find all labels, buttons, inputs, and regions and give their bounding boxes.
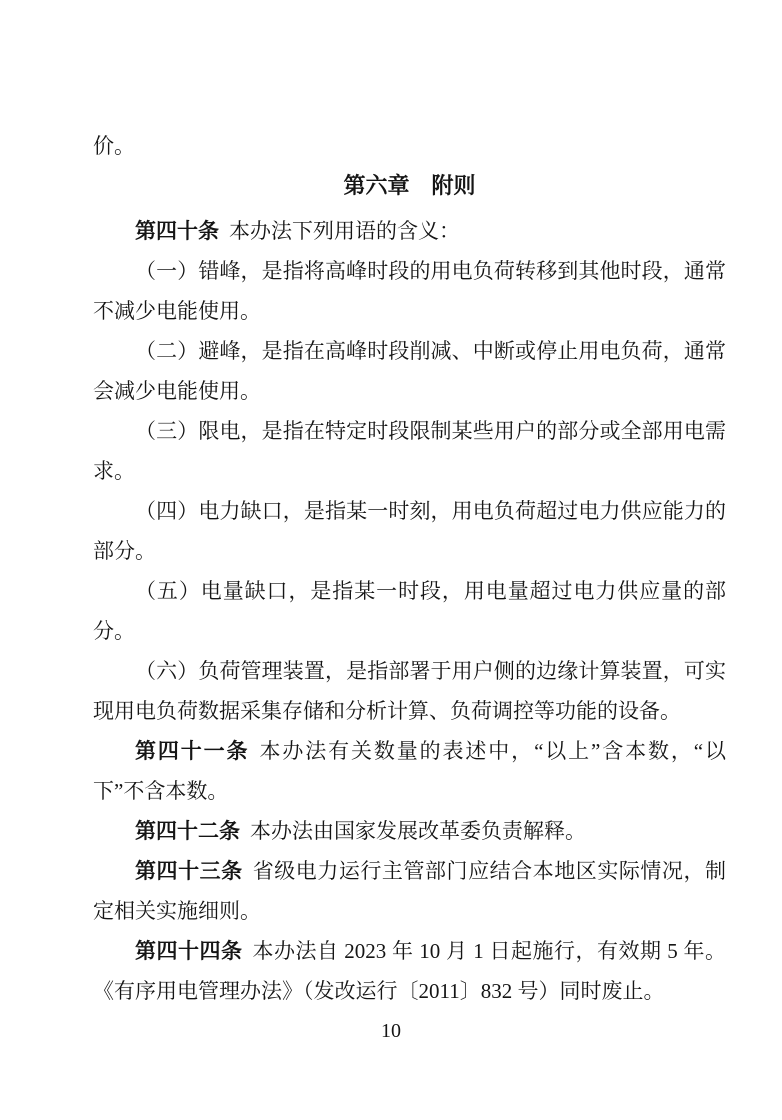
definition-item: （二）避峰，是指在高峰时段削减、中断或停止用电负荷，通常会减少电能使用。: [93, 331, 726, 411]
definition-text: （二）避峰，是指在高峰时段削减、中断或停止用电负荷，通常会减少电能使用。: [93, 339, 726, 403]
article-paragraph: 第四十二条本办法由国家发展改革委负责解释。: [93, 811, 726, 851]
definition-text: （三）限电，是指在特定时段限制某些用户的部分或全部用电需求。: [93, 419, 726, 483]
article-paragraph: 第四十一条本办法有关数量的表述中，“以上”含本数，“以下”不含本数。: [93, 731, 726, 811]
definition-item: （三）限电，是指在特定时段限制某些用户的部分或全部用电需求。: [93, 411, 726, 491]
article-number: 第四十三条: [135, 859, 243, 883]
article-number: 第四十一条: [135, 739, 249, 763]
document-page: 价。 第六章 附则 第四十条本办法下列用语的含义： （一）错峰，是指将高峰时段的…: [0, 0, 782, 1120]
definition-text: （四）电力缺口，是指某一时刻，用电负荷超过电力供应能力的部分。: [93, 499, 726, 563]
definition-text: （六）负荷管理装置，是指部署于用户侧的边缘计算装置，可实现用电负荷数据采集存储和…: [93, 659, 726, 723]
continuation-line: 价。: [93, 126, 726, 166]
definition-item: （五）电量缺口，是指某一时段，用电量超过电力供应量的部分。: [93, 571, 726, 651]
definition-item: （四）电力缺口，是指某一时刻，用电负荷超过电力供应能力的部分。: [93, 491, 726, 571]
article-number: 第四十二条: [135, 819, 240, 843]
definition-item: （六）负荷管理装置，是指部署于用户侧的边缘计算装置，可实现用电负荷数据采集存储和…: [93, 651, 726, 731]
article-text: 本办法由国家发展改革委负责解释。: [250, 819, 586, 843]
article-text: 本办法下列用语的含义：: [229, 219, 460, 243]
page-number: 10: [0, 1016, 782, 1046]
chapter-heading: 第六章 附则: [93, 166, 726, 206]
article-paragraph: 第四十四条本办法自 2023 年 10 月 1 日起施行，有效期 5 年。《有序…: [93, 931, 726, 1011]
article-number: 第四十四条: [135, 939, 243, 963]
definition-item: （一）错峰，是指将高峰时段的用电负荷转移到其他时段，通常不减少电能使用。: [93, 251, 726, 331]
definition-text: （一）错峰，是指将高峰时段的用电负荷转移到其他时段，通常不减少电能使用。: [93, 259, 726, 323]
page-content: 价。 第六章 附则 第四十条本办法下列用语的含义： （一）错峰，是指将高峰时段的…: [93, 126, 726, 1011]
definition-text: （五）电量缺口，是指某一时段，用电量超过电力供应量的部分。: [93, 579, 726, 643]
article-number: 第四十条: [135, 219, 219, 243]
article-paragraph: 第四十三条省级电力运行主管部门应结合本地区实际情况，制定相关实施细则。: [93, 851, 726, 931]
article-paragraph: 第四十条本办法下列用语的含义：: [93, 211, 726, 251]
